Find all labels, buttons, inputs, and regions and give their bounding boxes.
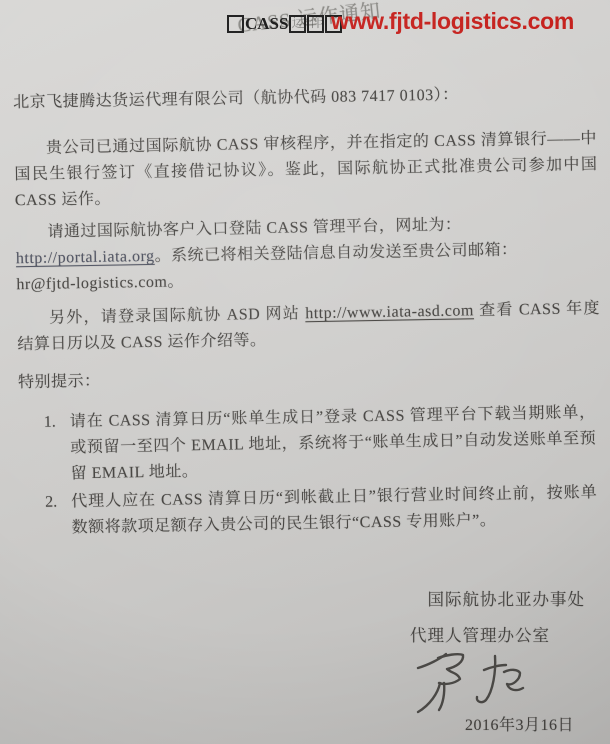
handwritten-signature [404,646,534,718]
list-item-number: 2. [45,489,72,541]
portal-after: 。系统已将相关登陆信息自动发送至贵公司邮箱： [154,242,517,265]
list-item: 2. 代理人应在 CASS 清算日历“到帐截止日”银行营业时间终止前，按账单数额… [45,480,598,542]
document-title-overlay: CASS运作 [227,14,342,34]
asd-before: 另外，请登录国际航协 ASD 网站 [49,305,306,326]
footer-org-line2: 代理人管理办公室 [410,622,550,646]
portal-intro: 请通过国际航协客户入口登陆 CASS 管理平台，网址为： [15,212,461,246]
list-item-text: 请在 CASS 清算日历“账单生成日”登录 CASS 管理平台下载当期账单，或预… [70,400,597,487]
paragraph-asd: 另外，请登录国际航协 ASD 网站 http://www.iata-asd.co… [17,296,601,358]
paragraph-approval: 贵公司已通过国际航协 CASS 审核程序，并在指定的 CASS 清算银行——中国… [14,126,598,214]
portal-link: http://portal.iata.org [16,248,155,267]
tofu-box-icon: 作 [307,15,324,33]
asd-link: http://www.iata-asd.com [305,302,474,322]
website-watermark: www.fjtd-logistics.com [331,8,574,35]
paragraph-portal: 请通过国际航协客户入口登陆 CASS 管理平台，网址为：http://porta… [15,210,599,298]
special-note-list: 1. 请在 CASS 清算日历“账单生成日”登录 CASS 管理平台下载当期账单… [44,400,598,544]
list-item: 1. 请在 CASS 清算日历“账单生成日”登录 CASS 管理平台下载当期账单… [44,400,597,488]
title-overlay-cass: CASS [245,14,288,34]
tofu-box-icon [227,15,244,33]
special-note-label: 特别提示： [18,360,601,396]
footer-date: 2016年3月16日 [465,712,574,735]
footer-org-line1: 国际航协北亚办事处 [428,586,586,610]
letter-photo: CASS 运作通知 CASS运作 www.fjtd-logistics.com … [0,0,610,744]
email-address: hr@fjtd-logistics.com [16,274,167,294]
portal-tail: 。 [167,273,184,290]
list-item-text: 代理人应在 CASS 清算日历“到帐截止日”银行营业时间终止前，按账单数额将款项… [71,480,598,541]
tofu-box-icon: 运 [289,15,306,33]
list-item-number: 1. [44,409,71,487]
recipient-line: 北京飞捷腾达货运代理有限公司（航协代码 083 7417 0103）： [13,80,596,116]
